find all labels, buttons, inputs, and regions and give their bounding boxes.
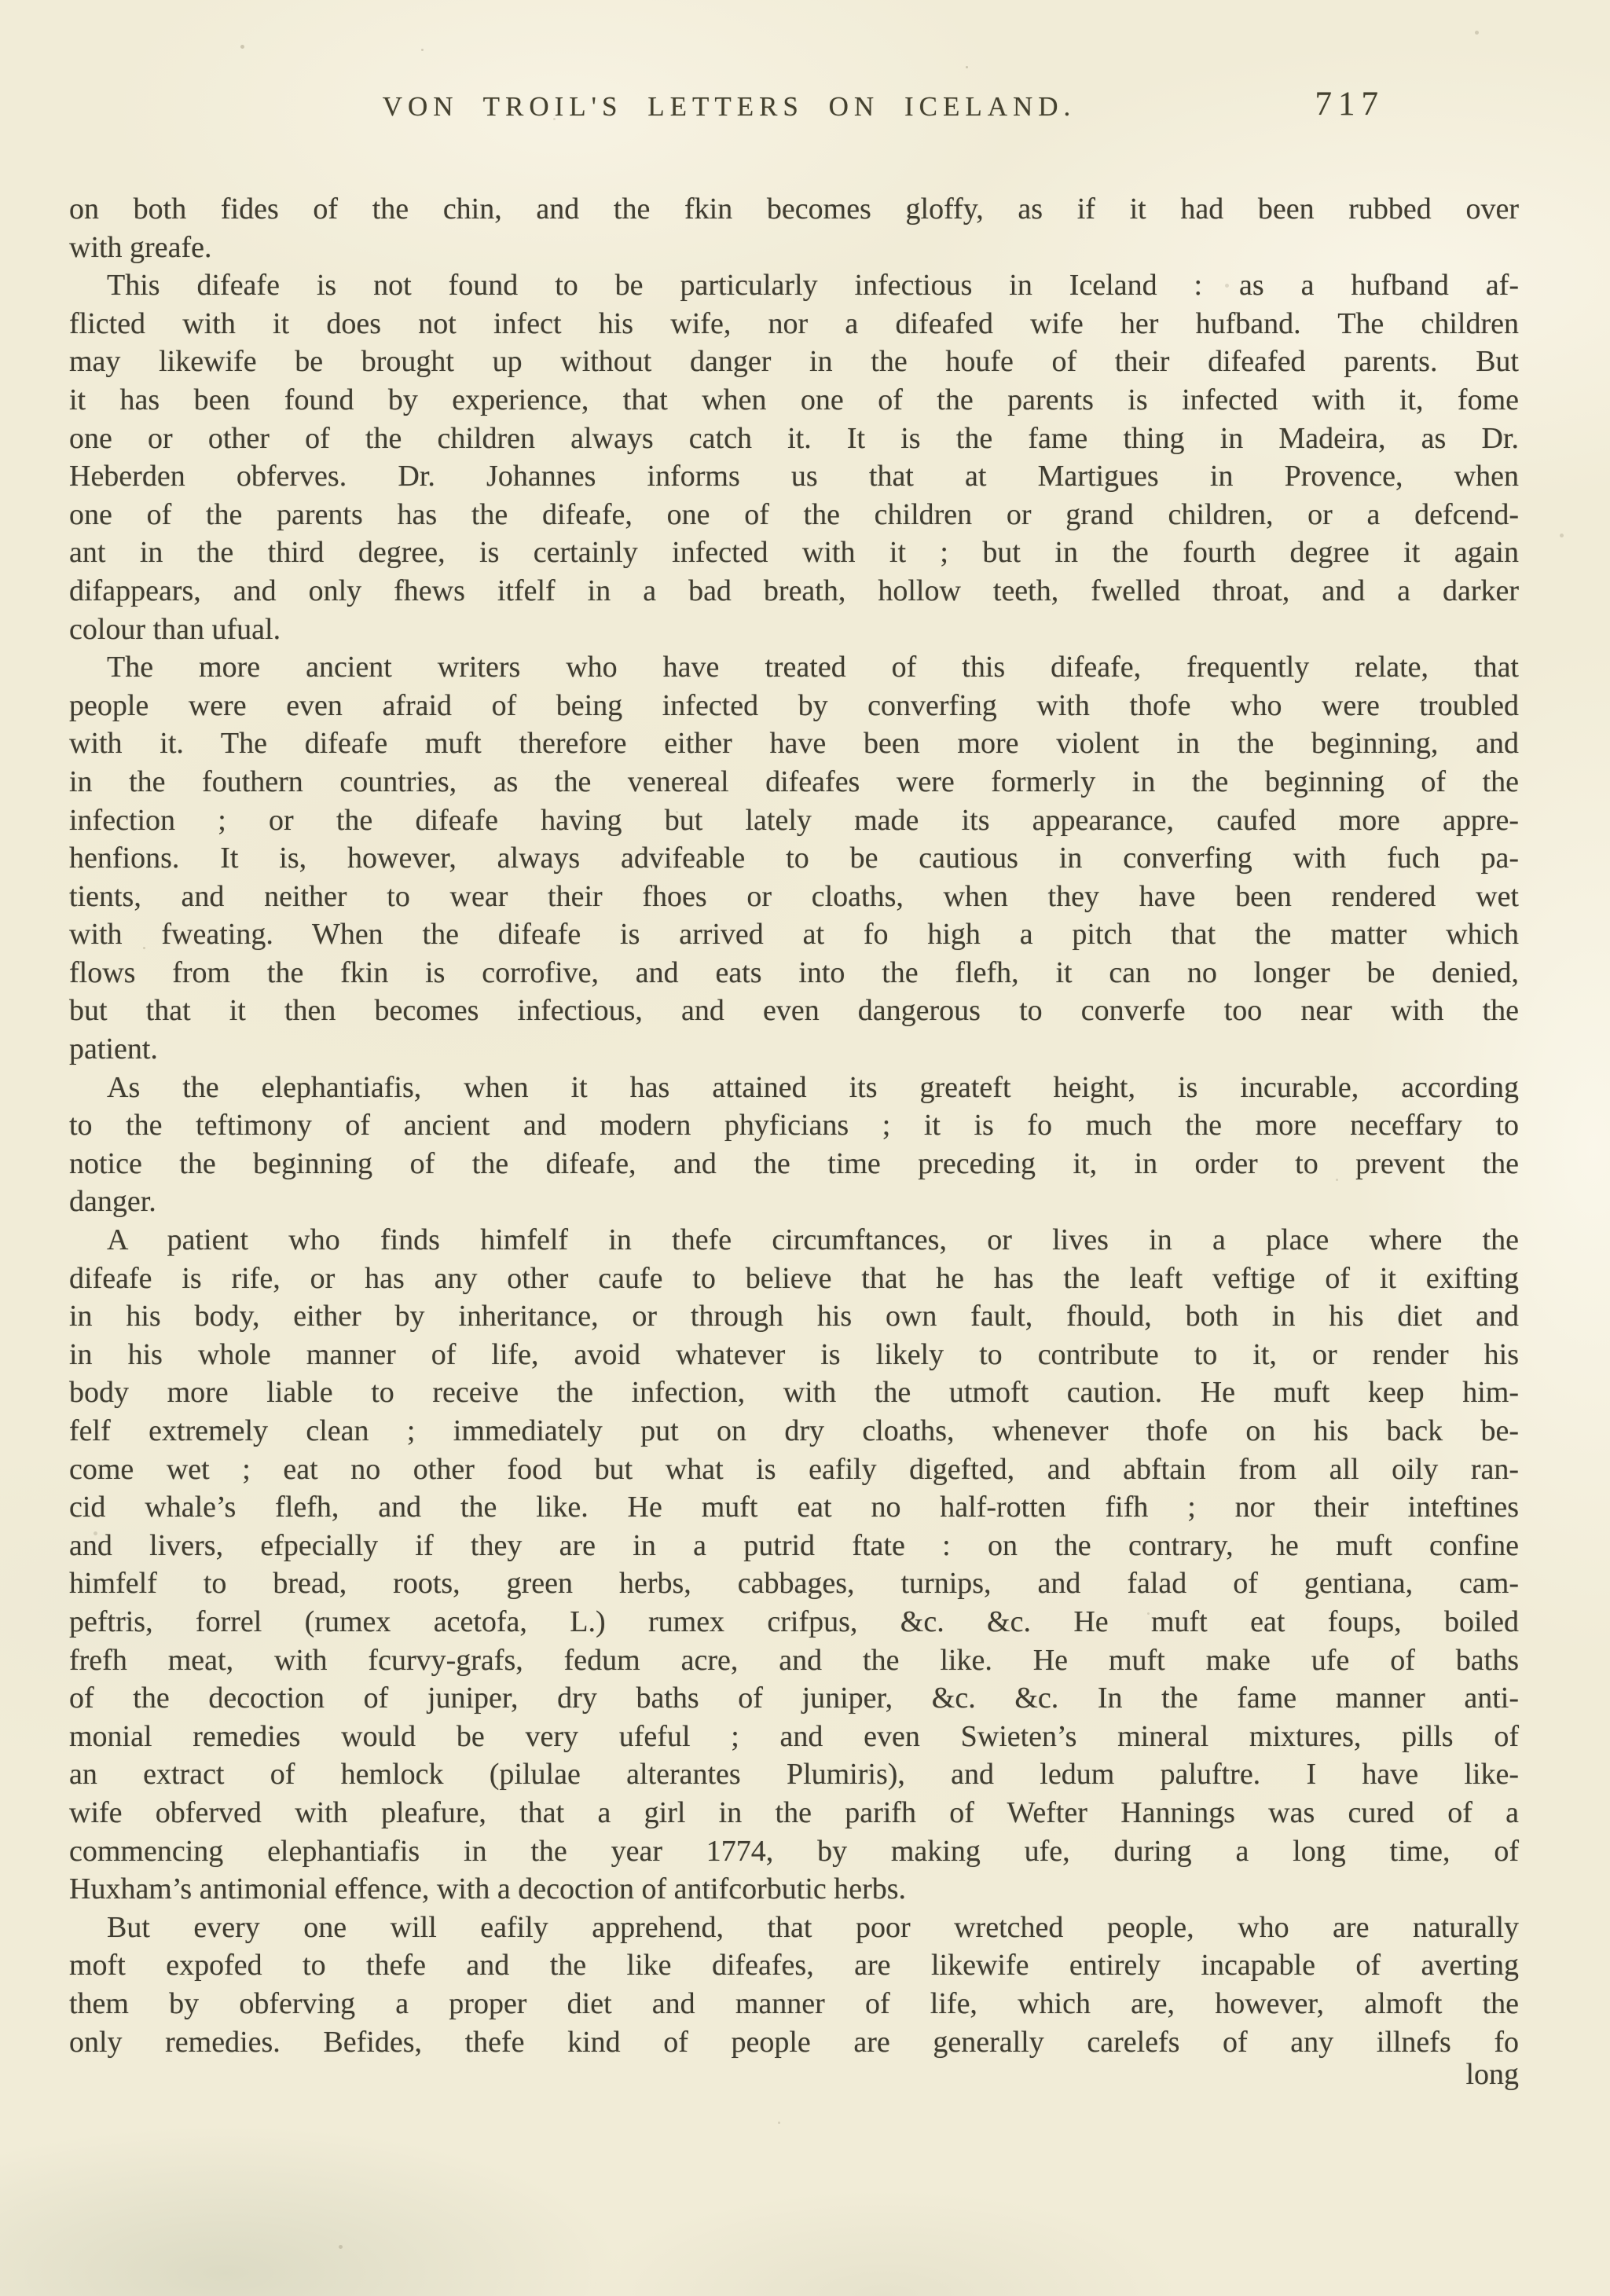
text-line: moft expofed to thefe and the like difea… [69, 1946, 1519, 1985]
text-line: patient. [69, 1030, 1519, 1069]
text-line: an extract of hemlock (pilulae alterante… [69, 1755, 1519, 1794]
text-line: and livers, efpecially if they are in a … [69, 1527, 1519, 1565]
text-line: Heberden obferves. Dr. Johannes informs … [69, 457, 1519, 496]
paragraph: A patient who finds himfelf in thefe cir… [69, 1221, 1519, 1909]
text-line: it has been found by experience, that wh… [69, 381, 1519, 420]
text-line: but that it then becomes infectious, and… [69, 992, 1519, 1030]
text-line: to the teftimony of ancient and modern p… [69, 1106, 1519, 1145]
text-block: on both fides of the chin, and the fkin … [69, 190, 1519, 2061]
text-line: difappears, and only fhews itfelf in a b… [69, 572, 1519, 611]
text-line: wife obferved with pleafure, that a girl… [69, 1794, 1519, 1832]
text-line: people were even afraid of being infecte… [69, 687, 1519, 725]
paper-foxing-specks [0, 0, 2, 2]
text-line: A patient who finds himfelf in thefe cir… [69, 1221, 1519, 1260]
text-line: difeafe is rife, or has any other caufe … [69, 1260, 1519, 1298]
text-line: in the fouthern countries, as the venere… [69, 763, 1519, 801]
text-line: commencing elephantiafis in the year 177… [69, 1832, 1519, 1871]
text-line: notice the beginning of the difeafe, and… [69, 1145, 1519, 1183]
text-line: cid whale’s flefh, and the like. He muft… [69, 1488, 1519, 1527]
paragraph: The more ancient writers who have treate… [69, 648, 1519, 1069]
page-number: 717 [1315, 85, 1385, 123]
text-line: tients, and neither to wear their fhoes … [69, 878, 1519, 916]
text-line: them by obferving a proper diet and mann… [69, 1985, 1519, 2023]
catchword: long [69, 2056, 1519, 2094]
text-line: of the decoction of juniper, dry baths o… [69, 1679, 1519, 1718]
text-line: felf extremely clean ; immediately put o… [69, 1412, 1519, 1451]
text-line: frefh meat, with fcurvy-grafs, fedum acr… [69, 1641, 1519, 1680]
book-page: VON TROIL'S LETTERS ON ICELAND. 717 on b… [0, 0, 1610, 2296]
paragraph: This difeafe is not found to be particul… [69, 266, 1519, 648]
text-line: with fweating. When the difeafe is arriv… [69, 915, 1519, 954]
text-line: flicted with it does not infect his wife… [69, 305, 1519, 343]
text-line: ant in the third degree, is certainly in… [69, 534, 1519, 572]
text-line: flows from the fkin is corrofive, and ea… [69, 954, 1519, 992]
text-line: come wet ; eat no other food but what is… [69, 1451, 1519, 1489]
text-line: in his whole manner of life, avoid whate… [69, 1336, 1519, 1374]
text-line: danger. [69, 1183, 1519, 1221]
text-line: As the elephantiafis, when it has attain… [69, 1069, 1519, 1107]
text-line: one of the parents has the difeafe, one … [69, 496, 1519, 534]
text-line: with greafe. [69, 229, 1519, 267]
paragraph: As the elephantiafis, when it has attain… [69, 1069, 1519, 1221]
text-line: Huxham’s antimonial effence, with a deco… [69, 1870, 1519, 1909]
running-title: VON TROIL'S LETTERS ON ICELAND. [69, 91, 1389, 123]
paragraph: But every one will eafily apprehend, tha… [69, 1909, 1519, 2061]
text-line: in his body, either by inheritance, or t… [69, 1297, 1519, 1336]
text-line: one or other of the children always catc… [69, 420, 1519, 458]
text-line: The more ancient writers who have treate… [69, 648, 1519, 687]
text-line: monial remedies would be very ufeful ; a… [69, 1718, 1519, 1756]
text-line: on both fides of the chin, and the fkin … [69, 190, 1519, 229]
text-line: colour than ufual. [69, 611, 1519, 649]
text-line: henfions. It is, however, always advifea… [69, 839, 1519, 878]
text-line: peftris, forrel (rumex acetofa, L.) rume… [69, 1603, 1519, 1641]
text-line: may likewife be brought up without dange… [69, 343, 1519, 381]
text-line: But every one will eafily apprehend, tha… [69, 1909, 1519, 1947]
text-line: This difeafe is not found to be particul… [69, 266, 1519, 305]
text-line: himfelf to bread, roots, green herbs, ca… [69, 1564, 1519, 1603]
text-line: infection ; or the difeafe having but la… [69, 801, 1519, 840]
text-line: body more liable to receive the infectio… [69, 1374, 1519, 1412]
paragraph: on both fides of the chin, and the fkin … [69, 190, 1519, 266]
text-line: with it. The difeafe muft therefore eith… [69, 724, 1519, 763]
